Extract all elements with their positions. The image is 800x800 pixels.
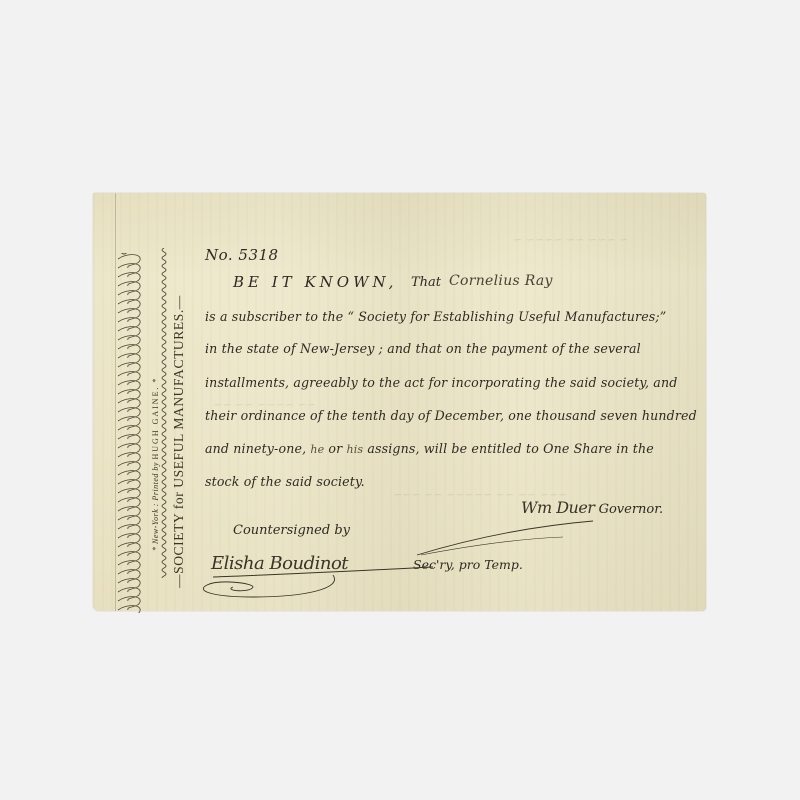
- printer-name: HUGH GAINE.: [151, 386, 160, 460]
- wavy-rule: [160, 248, 168, 578]
- printer-imprint: * New-York : Printed by HUGH GAINE. *: [151, 379, 160, 551]
- governor-signature: Wm Duer: [521, 498, 594, 517]
- signature-flourish: [413, 511, 603, 561]
- secretary-title: Sec'ry, pro Temp.: [413, 557, 523, 572]
- stage: * New-York : Printed by HUGH GAINE. * —S…: [0, 0, 800, 800]
- body-line: and ninety-one, he or his assigns, will …: [205, 441, 654, 456]
- body-line: their ordinance of the tenth day of Dece…: [205, 408, 697, 423]
- printer-suffix: *: [151, 379, 160, 386]
- body-line: installments, agreeably to the act for i…: [205, 375, 677, 390]
- handwritten-pronoun: his: [347, 443, 364, 456]
- body-text: assigns, will be entitled to One Share i…: [363, 441, 654, 456]
- that-word: That: [411, 275, 441, 290]
- printer-prefix: * New-York : Printed by: [151, 460, 160, 551]
- governor-signature-block: Wm Duer Governor.: [521, 498, 663, 517]
- secretary-signature: Elisha Boudinot: [211, 553, 348, 574]
- body-line: stock of the said society.: [205, 474, 365, 489]
- handwritten-pronoun: he: [310, 443, 324, 456]
- ornamental-border: [116, 253, 144, 613]
- certificate-number: No. 5318: [205, 246, 279, 264]
- bleed-through-text: ~ ~~~ ~~ ~~~~ ~: [513, 233, 628, 246]
- society-banner: —SOCIETY for USEFUL MANUFACTURES.—: [171, 295, 187, 588]
- heading: BE IT KNOWN,: [233, 273, 397, 291]
- subscriber-name: Cornelius Ray: [449, 273, 553, 289]
- body-text: and ninety-one,: [205, 441, 310, 456]
- certificate-paper: * New-York : Printed by HUGH GAINE. * —S…: [93, 193, 706, 611]
- body-line: in the state of New-Jersey ; and that on…: [205, 341, 641, 356]
- governor-title: Governor.: [599, 502, 664, 517]
- countersigned-label: Countersigned by: [233, 523, 350, 538]
- body-text: or: [324, 441, 346, 456]
- body-line: is a subscriber to the “ Society for Est…: [205, 309, 666, 324]
